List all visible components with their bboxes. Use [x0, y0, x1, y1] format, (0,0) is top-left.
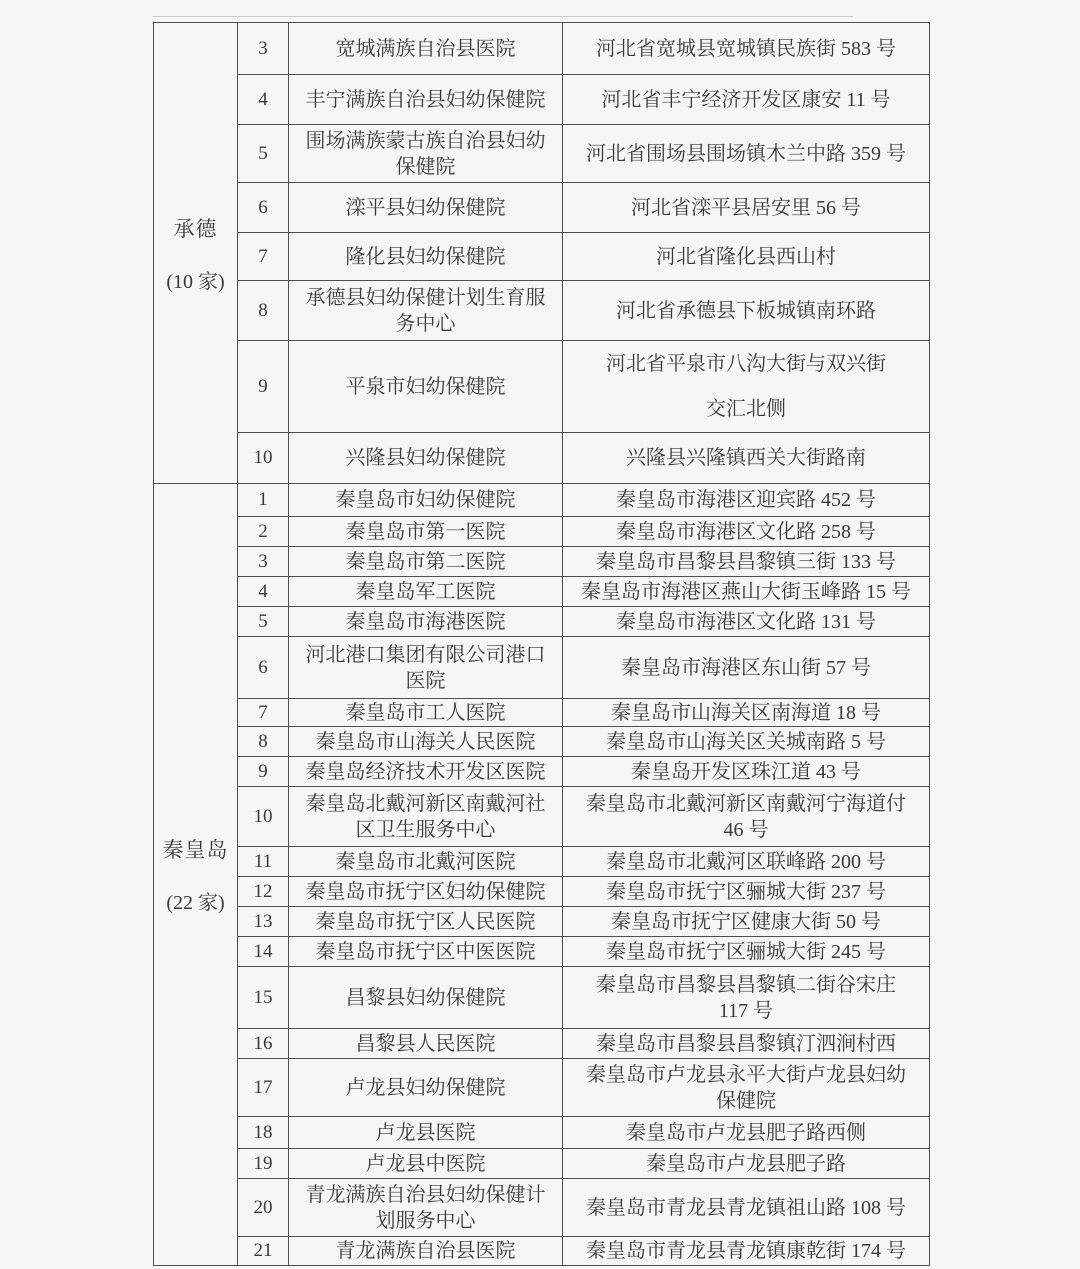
table-row: 17卢龙县妇幼保健院秦皇岛市卢龙县永平大街卢龙县妇幼 保健院 [238, 1059, 929, 1117]
hospital-address-cell: 秦皇岛市卢龙县肥子路 [563, 1149, 929, 1178]
hospital-name-cell: 秦皇岛市北戴河医院 [289, 847, 563, 876]
row-number-cell: 3 [238, 547, 289, 576]
row-number-cell: 10 [238, 787, 289, 846]
table-row: 10兴隆县妇幼保健院兴隆县兴隆镇西关大街路南 [238, 433, 929, 483]
table-row: 2秦皇岛市第一医院秦皇岛市海港区文化路 258 号 [238, 517, 929, 547]
row-number-cell: 19 [238, 1149, 289, 1178]
hospital-address-cell: 河北省围场县围场镇木兰中路 359 号 [563, 125, 929, 182]
row-number-cell: 5 [238, 607, 289, 636]
hospital-name-cell: 卢龙县妇幼保健院 [289, 1059, 563, 1116]
hospital-name-cell: 秦皇岛军工医院 [289, 577, 563, 606]
table-row: 19卢龙县中医院秦皇岛市卢龙县肥子路 [238, 1149, 929, 1179]
row-number-cell: 12 [238, 877, 289, 906]
row-number-cell: 17 [238, 1059, 289, 1116]
hospital-address-cell: 河北省平泉市八沟大街与双兴街 交汇北侧 [563, 341, 929, 432]
hospital-address-cell: 秦皇岛市昌黎县昌黎镇三街 133 号 [563, 547, 929, 576]
table-row: 3秦皇岛市第二医院秦皇岛市昌黎县昌黎镇三街 133 号 [238, 547, 929, 577]
table-row: 5围场满族蒙古族自治县妇幼 保健院河北省围场县围场镇木兰中路 359 号 [238, 125, 929, 183]
hospital-name-cell: 秦皇岛市第一医院 [289, 517, 563, 546]
hospital-name-cell: 秦皇岛市海港医院 [289, 607, 563, 636]
hospital-address-cell: 秦皇岛市山海关区南海道 18 号 [563, 699, 929, 726]
table-row: 3宽城满族自治县医院河北省宽城县宽城镇民族街 583 号 [238, 23, 929, 75]
hospital-name-cell: 隆化县妇幼保健院 [289, 233, 563, 280]
hospital-name-cell: 青龙满族自治县医院 [289, 1237, 563, 1265]
table-row: 14秦皇岛市抚宁区中医医院秦皇岛市抚宁区骊城大街 245 号 [238, 937, 929, 967]
row-number-cell: 6 [238, 637, 289, 698]
hospital-address-cell: 河北省丰宁经济开发区康安 11 号 [563, 75, 929, 124]
table-row: 11秦皇岛市北戴河医院秦皇岛市北戴河区联峰路 200 号 [238, 847, 929, 877]
hospital-list-table: 承德(10 家)3宽城满族自治县医院河北省宽城县宽城镇民族街 583 号4丰宁满… [153, 22, 930, 1266]
row-number-cell: 8 [238, 281, 289, 340]
row-number-cell: 18 [238, 1117, 289, 1148]
row-number-cell: 7 [238, 699, 289, 726]
row-number-cell: 4 [238, 75, 289, 124]
table-row: 8承德县妇幼保健计划生育服 务中心河北省承德县下板城镇南环路 [238, 281, 929, 341]
hospital-name-cell: 秦皇岛经济技术开发区医院 [289, 757, 563, 786]
table-row: 4丰宁满族自治县妇幼保健院河北省丰宁经济开发区康安 11 号 [238, 75, 929, 125]
table-row: 13秦皇岛市抚宁区人民医院秦皇岛市抚宁区健康大街 50 号 [238, 907, 929, 937]
hospital-name-cell: 围场满族蒙古族自治县妇幼 保健院 [289, 125, 563, 182]
hospital-name-cell: 秦皇岛市抚宁区人民医院 [289, 907, 563, 936]
hospital-name-cell: 承德县妇幼保健计划生育服 务中心 [289, 281, 563, 340]
row-number-cell: 2 [238, 517, 289, 546]
hospital-address-cell: 秦皇岛市昌黎县昌黎镇二街谷宋庄 117 号 [563, 967, 929, 1028]
hospital-name-cell: 河北港口集团有限公司港口 医院 [289, 637, 563, 698]
row-number-cell: 4 [238, 577, 289, 606]
table-row: 21青龙满族自治县医院秦皇岛市青龙县青龙镇康乾街 174 号 [238, 1237, 929, 1265]
hospital-name-cell: 滦平县妇幼保健院 [289, 183, 563, 232]
hospital-address-cell: 河北省滦平县居安里 56 号 [563, 183, 929, 232]
hospital-name-cell: 秦皇岛市抚宁区中医医院 [289, 937, 563, 966]
table-row: 12秦皇岛市抚宁区妇幼保健院秦皇岛市抚宁区骊城大街 237 号 [238, 877, 929, 907]
row-number-cell: 10 [238, 433, 289, 483]
table-row: 9平泉市妇幼保健院河北省平泉市八沟大街与双兴街 交汇北侧 [238, 341, 929, 433]
hospital-name-cell: 平泉市妇幼保健院 [289, 341, 563, 432]
table-row: 18卢龙县医院秦皇岛市卢龙县肥子路西侧 [238, 1117, 929, 1149]
row-number-cell: 8 [238, 727, 289, 756]
row-number-cell: 15 [238, 967, 289, 1028]
table-row: 7秦皇岛市工人医院秦皇岛市山海关区南海道 18 号 [238, 699, 929, 727]
row-number-cell: 9 [238, 757, 289, 786]
city-cell: 承德(10 家) [154, 23, 238, 483]
hospital-name-cell: 秦皇岛市抚宁区妇幼保健院 [289, 877, 563, 906]
table-row: 4秦皇岛军工医院秦皇岛市海港区燕山大街玉峰路 15 号 [238, 577, 929, 607]
hospital-address-cell: 秦皇岛市海港区燕山大街玉峰路 15 号 [563, 577, 929, 606]
table-row: 9秦皇岛经济技术开发区医院秦皇岛开发区珠江道 43 号 [238, 757, 929, 787]
table-row: 8秦皇岛市山海关人民医院秦皇岛市山海关区关城南路 5 号 [238, 727, 929, 757]
hospital-name-cell: 秦皇岛市第二医院 [289, 547, 563, 576]
hospital-address-cell: 秦皇岛市海港区迎宾路 452 号 [563, 484, 929, 516]
row-number-cell: 1 [238, 484, 289, 516]
hospital-address-cell: 河北省隆化县西山村 [563, 233, 929, 280]
city-name: 秦皇岛 [163, 834, 229, 864]
hospital-address-cell: 秦皇岛市海港区东山街 57 号 [563, 637, 929, 698]
hospital-address-cell: 秦皇岛市海港区文化路 131 号 [563, 607, 929, 636]
city-name: 承德 [174, 213, 218, 243]
document-page: 承德(10 家)3宽城满族自治县医院河北省宽城县宽城镇民族街 583 号4丰宁满… [0, 0, 1080, 1269]
hospital-name-cell: 卢龙县医院 [289, 1117, 563, 1148]
row-number-cell: 11 [238, 847, 289, 876]
hospital-address-cell: 兴隆县兴隆镇西关大街路南 [563, 433, 929, 483]
hospital-address-cell: 秦皇岛开发区珠江道 43 号 [563, 757, 929, 786]
row-number-cell: 20 [238, 1179, 289, 1236]
hospital-address-cell: 秦皇岛市海港区文化路 258 号 [563, 517, 929, 546]
city-cell: 秦皇岛(22 家) [154, 484, 238, 1265]
city-section: 秦皇岛(22 家)1秦皇岛市妇幼保健院秦皇岛市海港区迎宾路 452 号2秦皇岛市… [154, 484, 929, 1265]
table-row: 10秦皇岛北戴河新区南戴河社 区卫生服务中心秦皇岛市北戴河新区南戴河宁海道付 4… [238, 787, 929, 847]
section-rows: 1秦皇岛市妇幼保健院秦皇岛市海港区迎宾路 452 号2秦皇岛市第一医院秦皇岛市海… [238, 484, 929, 1265]
city-hospital-count: (22 家) [166, 886, 224, 915]
city-hospital-count: (10 家) [166, 265, 224, 294]
table-row: 6滦平县妇幼保健院河北省滦平县居安里 56 号 [238, 183, 929, 233]
hospital-name-cell: 秦皇岛市妇幼保健院 [289, 484, 563, 516]
hospital-address-cell: 秦皇岛市卢龙县肥子路西侧 [563, 1117, 929, 1148]
hospital-address-cell: 秦皇岛市青龙县青龙镇祖山路 108 号 [563, 1179, 929, 1236]
hospital-address-cell: 秦皇岛市昌黎县昌黎镇汀泗涧村西 [563, 1029, 929, 1058]
hospital-name-cell: 兴隆县妇幼保健院 [289, 433, 563, 483]
hospital-address-cell: 秦皇岛市抚宁区骊城大街 245 号 [563, 937, 929, 966]
row-number-cell: 13 [238, 907, 289, 936]
hospital-name-cell: 青龙满族自治县妇幼保健计 划服务中心 [289, 1179, 563, 1236]
section-rows: 3宽城满族自治县医院河北省宽城县宽城镇民族街 583 号4丰宁满族自治县妇幼保健… [238, 23, 929, 483]
cutoff-row-remnant-line [153, 16, 853, 17]
row-number-cell: 3 [238, 23, 289, 74]
row-number-cell: 6 [238, 183, 289, 232]
hospital-name-cell: 宽城满族自治县医院 [289, 23, 563, 74]
table-row: 6河北港口集团有限公司港口 医院秦皇岛市海港区东山街 57 号 [238, 637, 929, 699]
city-section: 承德(10 家)3宽城满族自治县医院河北省宽城县宽城镇民族街 583 号4丰宁满… [154, 23, 929, 484]
table-row: 16昌黎县人民医院秦皇岛市昌黎县昌黎镇汀泗涧村西 [238, 1029, 929, 1059]
hospital-name-cell: 昌黎县妇幼保健院 [289, 967, 563, 1028]
table-row: 5秦皇岛市海港医院秦皇岛市海港区文化路 131 号 [238, 607, 929, 637]
row-number-cell: 5 [238, 125, 289, 182]
hospital-address-cell: 秦皇岛市北戴河区联峰路 200 号 [563, 847, 929, 876]
hospital-name-cell: 卢龙县中医院 [289, 1149, 563, 1178]
row-number-cell: 21 [238, 1237, 289, 1265]
hospital-name-cell: 丰宁满族自治县妇幼保健院 [289, 75, 563, 124]
hospital-address-cell: 秦皇岛市抚宁区健康大街 50 号 [563, 907, 929, 936]
hospital-address-cell: 河北省宽城县宽城镇民族街 583 号 [563, 23, 929, 74]
hospital-address-cell: 秦皇岛市卢龙县永平大街卢龙县妇幼 保健院 [563, 1059, 929, 1116]
hospital-name-cell: 昌黎县人民医院 [289, 1029, 563, 1058]
table-row: 7隆化县妇幼保健院河北省隆化县西山村 [238, 233, 929, 281]
table-row: 20青龙满族自治县妇幼保健计 划服务中心秦皇岛市青龙县青龙镇祖山路 108 号 [238, 1179, 929, 1237]
table-row: 1秦皇岛市妇幼保健院秦皇岛市海港区迎宾路 452 号 [238, 484, 929, 517]
hospital-name-cell: 秦皇岛北戴河新区南戴河社 区卫生服务中心 [289, 787, 563, 846]
hospital-address-cell: 秦皇岛市抚宁区骊城大街 237 号 [563, 877, 929, 906]
hospital-address-cell: 秦皇岛市北戴河新区南戴河宁海道付 46 号 [563, 787, 929, 846]
row-number-cell: 7 [238, 233, 289, 280]
hospital-address-cell: 秦皇岛市青龙县青龙镇康乾街 174 号 [563, 1237, 929, 1265]
row-number-cell: 9 [238, 341, 289, 432]
hospital-address-cell: 秦皇岛市山海关区关城南路 5 号 [563, 727, 929, 756]
hospital-name-cell: 秦皇岛市工人医院 [289, 699, 563, 726]
hospital-name-cell: 秦皇岛市山海关人民医院 [289, 727, 563, 756]
row-number-cell: 14 [238, 937, 289, 966]
table-row: 15昌黎县妇幼保健院秦皇岛市昌黎县昌黎镇二街谷宋庄 117 号 [238, 967, 929, 1029]
row-number-cell: 16 [238, 1029, 289, 1058]
hospital-address-cell: 河北省承德县下板城镇南环路 [563, 281, 929, 340]
